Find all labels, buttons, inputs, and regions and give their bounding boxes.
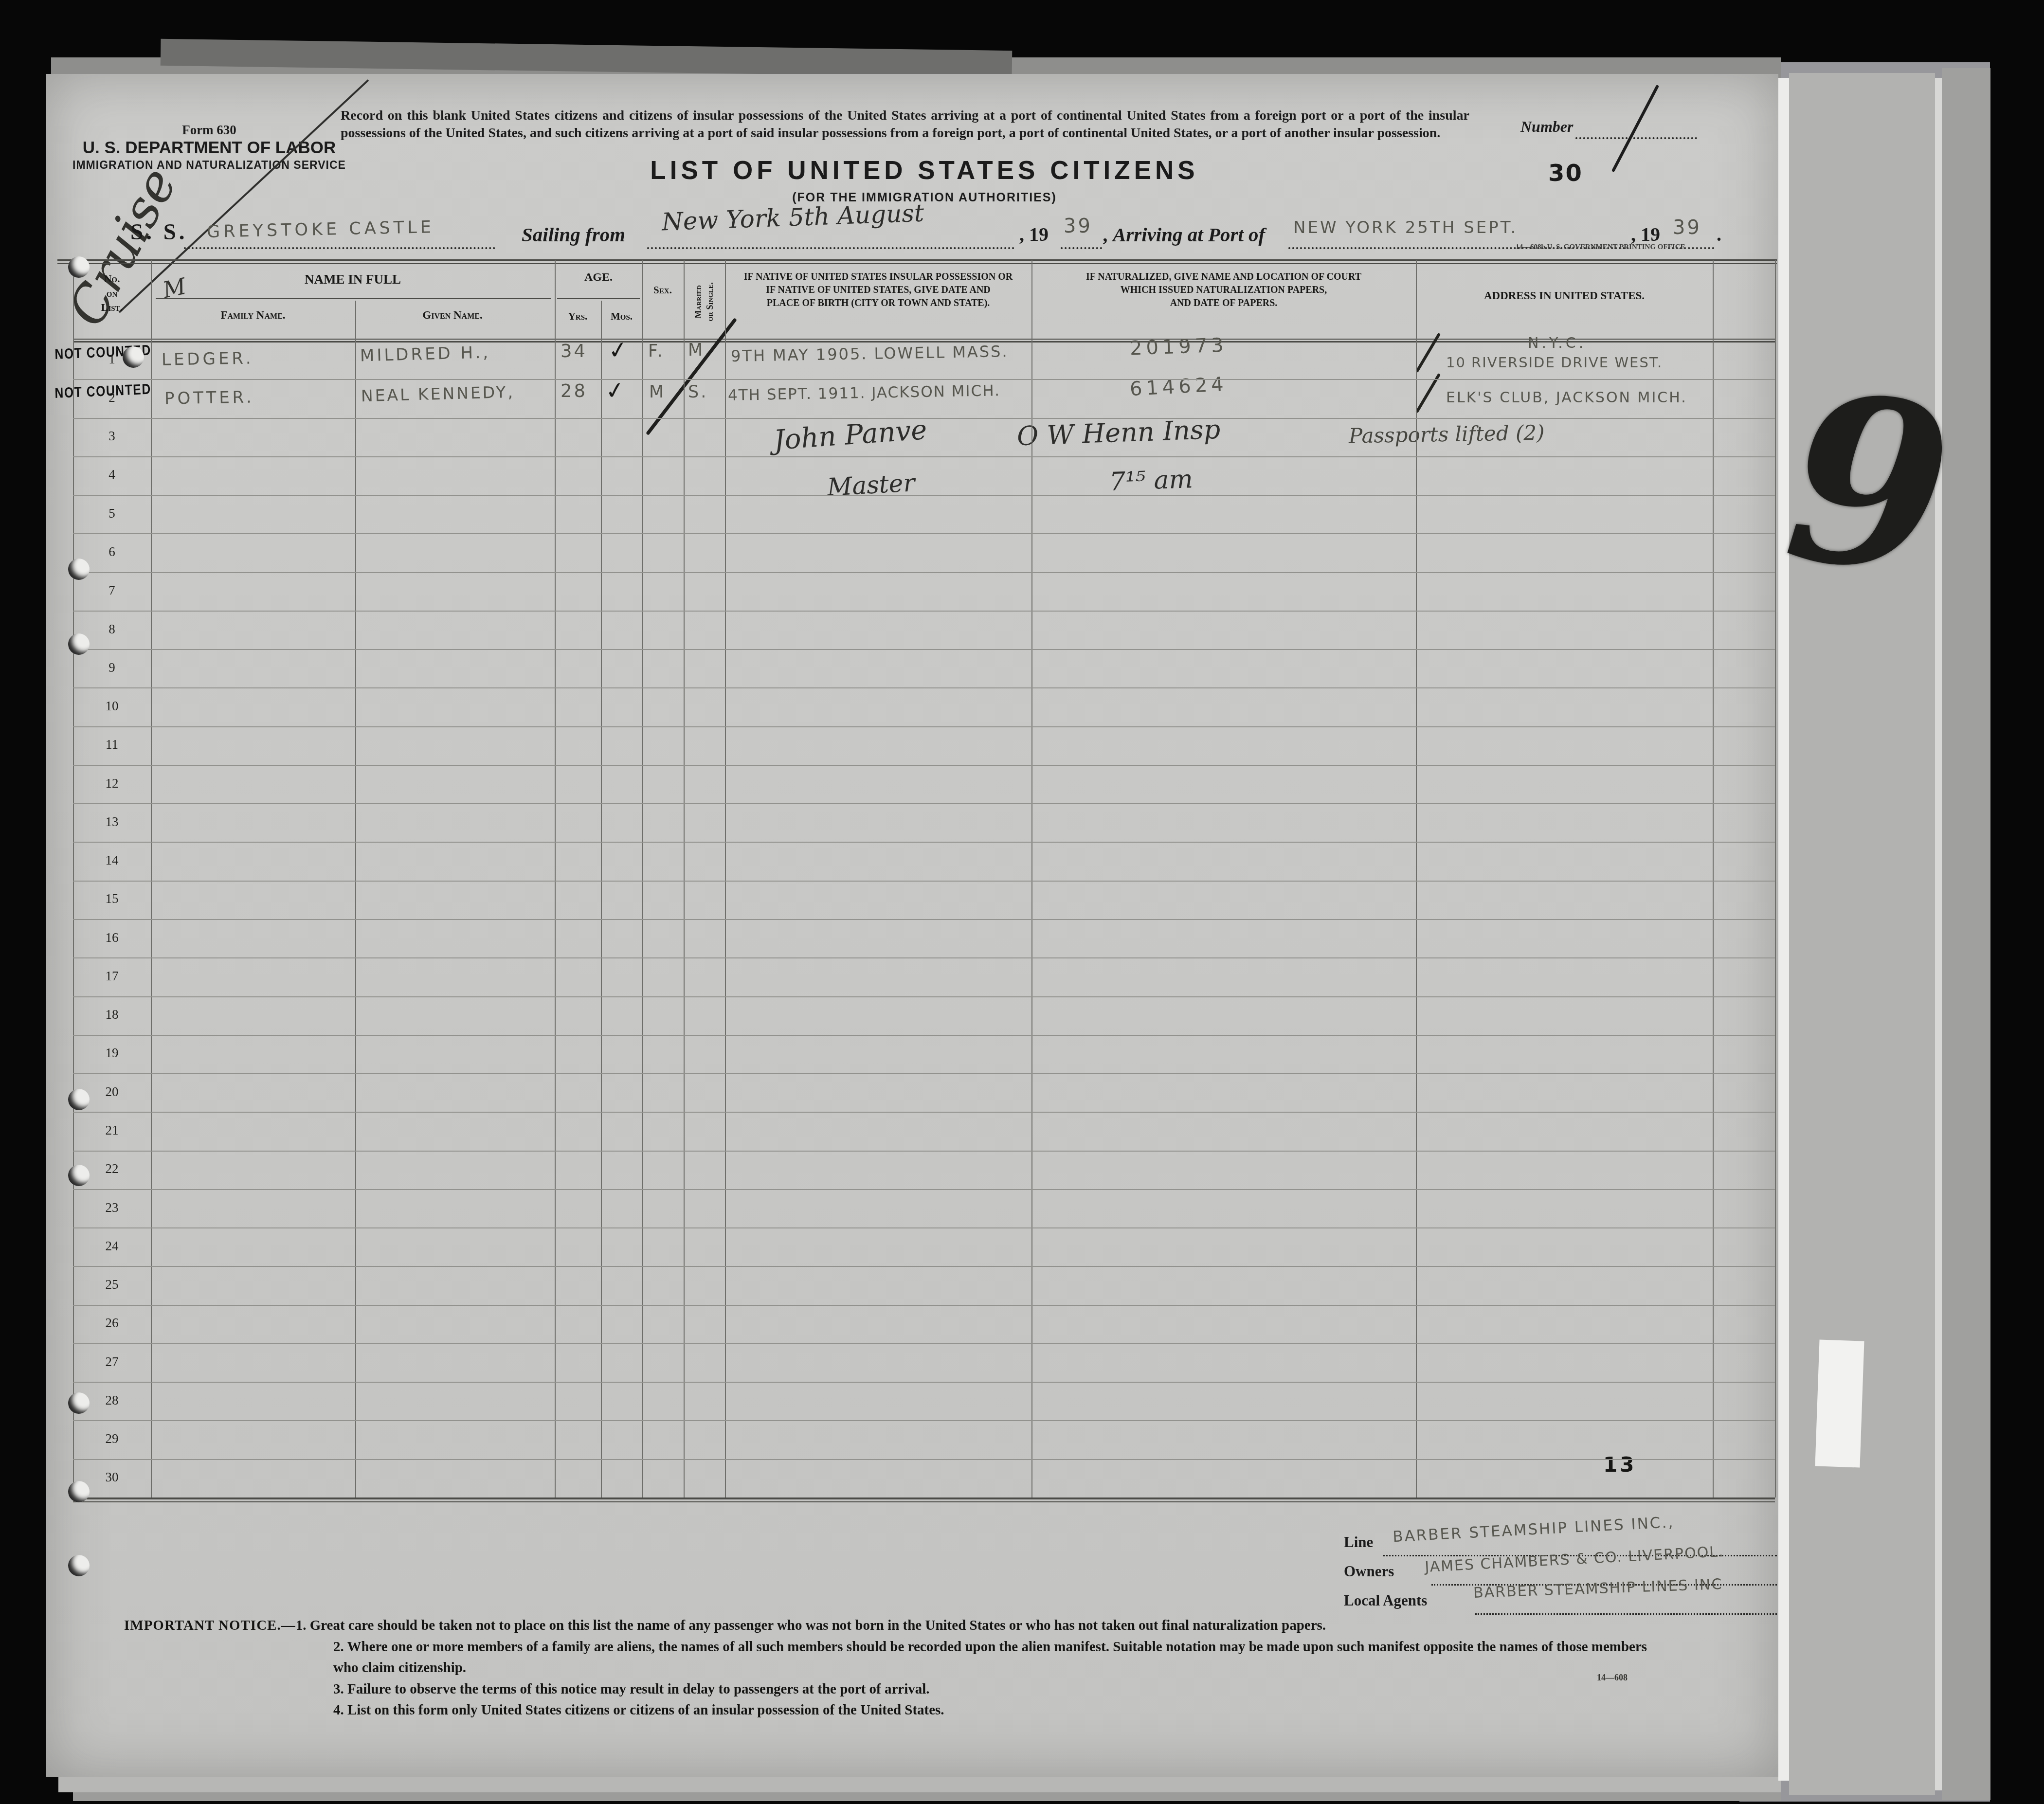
row1-address-check <box>1413 332 1443 373</box>
notice-item-4: 4. List on this form only United States … <box>333 1700 1657 1721</box>
page-number-stamp: 30 <box>1548 160 1583 187</box>
important-notice: IMPORTANT NOTICE.—1. Great care should b… <box>124 1615 1657 1721</box>
row-number: 26 <box>73 1316 151 1331</box>
row1-check-mark: ✓ <box>606 335 630 365</box>
row1-address-street: 10 RIVERSIDE DRIVE WEST. <box>1446 354 1663 371</box>
hole-punch <box>68 1555 90 1576</box>
row-number: 10 <box>73 699 151 714</box>
row1-family-name: LEDGER. <box>162 348 254 369</box>
hole-punch <box>68 256 90 278</box>
table-row-line <box>73 842 1775 843</box>
row-number: 18 <box>73 1007 151 1022</box>
ss-label: S. S. <box>130 219 188 245</box>
hole-punch <box>68 1392 90 1414</box>
table-row-line <box>73 533 1775 534</box>
form-title: LIST OF UNITED STATES CITIZENS <box>574 156 1275 185</box>
row1-age-yrs: 34 <box>561 341 587 361</box>
table-row-line <box>73 418 1775 419</box>
owners-label: Owners <box>1344 1563 1394 1580</box>
table-column-line <box>355 301 356 1497</box>
hole-punch <box>68 1089 90 1110</box>
table-row-line <box>73 1420 1775 1421</box>
table-column-line <box>151 260 152 1497</box>
table-column-line <box>1031 260 1032 1497</box>
arriving-port-value: NEW YORK 25TH SEPT. <box>1293 218 1518 237</box>
tally-stamp: 13 <box>1603 1453 1636 1477</box>
table-column-line <box>642 260 643 1497</box>
header-sex: Sex. <box>641 283 684 297</box>
dept-title: U. S. DEPARTMENT OF LABOR <box>63 138 355 158</box>
number-handwritten-one <box>1606 84 1664 174</box>
row-number: 29 <box>73 1431 151 1446</box>
header-mos: Mos. <box>601 309 642 323</box>
table-row-line <box>73 881 1775 882</box>
row-number: 27 <box>73 1354 151 1370</box>
header-birth: IF NATIVE OF UNITED STATES INSULAR POSSE… <box>730 271 1027 310</box>
arriving-year-value: 39 <box>1673 216 1701 239</box>
row1-naturalization-number: 201973 <box>1129 334 1228 360</box>
notice-item-3: 3. Failure to observe the terms of this … <box>333 1679 1657 1700</box>
row-number: 19 <box>73 1046 151 1061</box>
row-number: 13 <box>73 814 151 830</box>
table-row-line <box>73 1382 1775 1383</box>
table-top-rule <box>57 259 1777 261</box>
table-column-line <box>601 301 602 1497</box>
name-in-full-underline <box>156 298 551 299</box>
paper-stack-highlight <box>1778 78 1789 1781</box>
table-row-line <box>73 803 1775 804</box>
table-column-line <box>73 260 74 1497</box>
hole-punch <box>68 1481 90 1502</box>
notice-item-1-text: 1. Great care should be taken not to pla… <box>296 1618 1326 1633</box>
paper-stack-highlight <box>1935 78 1942 1790</box>
table-row-line <box>73 1189 1775 1190</box>
sailing-from-label: Sailing from <box>522 223 625 246</box>
table-row-line <box>73 1073 1775 1074</box>
row-number: 14 <box>73 853 151 868</box>
table-bottom-rule <box>73 1501 1775 1502</box>
year-printed-1: , 19 <box>1019 223 1049 246</box>
table-row-line <box>73 996 1775 997</box>
table-row-line <box>73 1035 1775 1036</box>
agents-label: Local Agents <box>1344 1592 1427 1609</box>
ship-name-line <box>184 247 495 249</box>
arriving-label: , Arriving at Port of <box>1103 223 1265 246</box>
agents-dotted <box>1475 1613 1777 1615</box>
header-naturalized: IF NATURALIZED, GIVE NAME AND LOCATION O… <box>1036 271 1411 310</box>
row-number: 3 <box>73 429 151 444</box>
row-number: 12 <box>73 776 151 791</box>
row-number: 9 <box>73 660 151 675</box>
table-row-line <box>73 1151 1775 1152</box>
paper-bottom-edge <box>58 1776 1781 1792</box>
row2-given-name: NEAL KENNEDY, <box>361 382 515 405</box>
form-subtitle: (FOR THE IMMIGRATION AUTHORITIES) <box>574 191 1275 205</box>
header-age: AGE. <box>555 270 642 285</box>
table-column-line <box>1775 260 1776 1497</box>
row2-family-name: POTTER. <box>164 387 255 408</box>
table-row-line <box>73 572 1775 573</box>
table-row-line <box>73 1459 1775 1460</box>
row-number: 24 <box>73 1239 151 1254</box>
table-row-line <box>73 687 1775 688</box>
dept-service: IMMIGRATION AND NATURALIZATION SERVICE <box>63 159 355 172</box>
gpo-note: 14—608b U. S. GOVERNMENT PRINTING OFFICE <box>1516 243 1685 252</box>
passports-note: Passports lifted (2) <box>1349 420 1545 448</box>
header-bottom-rule <box>73 339 1775 340</box>
header-address: ADDRESS IN UNITED STATES. <box>1421 288 1708 303</box>
row-number: 5 <box>73 506 151 521</box>
row-number: 7 <box>73 583 151 598</box>
notice-item-2: 2. Where one or more members of a family… <box>333 1637 1657 1679</box>
table-column-line <box>725 260 726 1497</box>
sailing-from-line <box>647 247 1014 249</box>
row2-address: ELK'S CLUB, JACKSON MICH. <box>1446 389 1687 406</box>
table-row-line <box>73 1266 1775 1267</box>
table-row-line <box>73 379 1775 380</box>
row-number: 23 <box>73 1200 151 1215</box>
header-yrs: Yrs. <box>555 309 601 323</box>
table-row-line <box>73 765 1775 766</box>
table-row-line <box>73 1227 1775 1228</box>
row-number: 8 <box>73 622 151 637</box>
notice-item-1: IMPORTANT NOTICE.—1. Great care should b… <box>124 1615 1657 1637</box>
age-underline <box>557 298 640 299</box>
row-number: 25 <box>73 1277 151 1292</box>
table-top-rule <box>57 263 1777 264</box>
row-number: 15 <box>73 891 151 906</box>
form-code: 14—608 <box>1597 1673 1628 1683</box>
table-column-line <box>1713 260 1714 1497</box>
table-row-line <box>73 919 1775 920</box>
table-row-line <box>73 649 1775 650</box>
hole-punch <box>68 1165 90 1186</box>
arrival-time-note: 7¹⁵ am <box>1109 465 1194 497</box>
table-column-line <box>1416 260 1417 1497</box>
year-printed-2: , 19 <box>1631 223 1660 246</box>
table-row-line <box>73 1305 1775 1306</box>
form-instructions: Record on this blank United States citiz… <box>341 107 1469 143</box>
header-bottom-rule <box>73 341 1775 343</box>
dept-form-number: Form 630 <box>73 123 345 138</box>
hole-punch <box>68 633 90 655</box>
row-number: 21 <box>73 1123 151 1138</box>
sailing-year-line <box>1061 247 1102 249</box>
paper-slip <box>1815 1339 1864 1467</box>
row2-address-check <box>1413 372 1443 414</box>
table-row-line <box>73 726 1775 727</box>
table-column-line <box>684 260 685 1497</box>
row-number: 6 <box>73 544 151 559</box>
hole-punch <box>123 346 144 368</box>
arriving-period: . <box>1717 223 1721 246</box>
line-label: Line <box>1344 1533 1373 1551</box>
table-row-line <box>73 611 1775 612</box>
row-number: 2 <box>73 390 151 405</box>
paper-stack-edge <box>1789 73 1935 1795</box>
row1-address-city: N.Y.C. <box>1528 335 1586 352</box>
row-number: 4 <box>73 467 151 482</box>
row2-age-yrs: 28 <box>561 380 587 401</box>
row1-given-name: MILDRED H., <box>360 343 491 365</box>
margin-number-mark: 9 <box>1778 362 1960 606</box>
table-row-line <box>73 1112 1775 1113</box>
row-number: 11 <box>73 737 151 752</box>
table-row-line <box>73 495 1775 496</box>
header-family-name: Family Name. <box>161 307 345 323</box>
number-label: Number <box>1520 118 1573 136</box>
table-row-line <box>73 957 1775 958</box>
table-row-line <box>73 1343 1775 1344</box>
row-number: 16 <box>73 930 151 945</box>
header-name-in-full: NAME IN FULL <box>151 271 555 288</box>
sailing-year-value: 39 <box>1064 215 1092 237</box>
table-bottom-rule <box>73 1497 1775 1499</box>
scanned-manifest-page: Form 630 U. S. DEPARTMENT OF LABOR IMMIG… <box>0 0 2044 1804</box>
row-number: 17 <box>73 969 151 984</box>
table-column-line <box>555 260 556 1497</box>
paper-stack-edge <box>1942 68 1990 1800</box>
master-title: Master <box>827 469 916 501</box>
table-row-line <box>73 456 1775 457</box>
paper-bottom-edge <box>73 1792 1781 1801</box>
header-given-name: Given Name. <box>360 307 545 323</box>
row2-check-mark: ✓ <box>603 376 627 405</box>
notice-heading: IMPORTANT NOTICE.— <box>124 1618 296 1633</box>
header-no-on-list: No. on List. <box>73 271 151 315</box>
hole-punch <box>68 559 90 580</box>
